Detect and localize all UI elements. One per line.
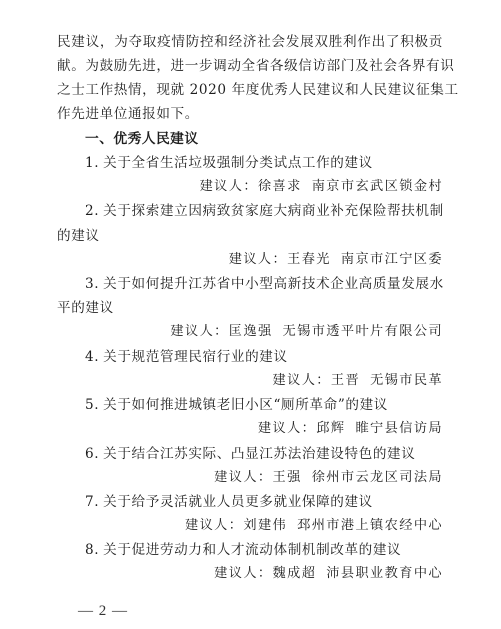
item-title-text: 关于全省生活垃圾强制分类试点工作的建议 bbox=[103, 155, 373, 171]
proposer-name: 邱辉 bbox=[316, 421, 345, 436]
item-title-text: 关于给予灵活就业人员更多就业保障的建议 bbox=[103, 494, 373, 510]
proposer-organization: 南京市江宁区委 bbox=[341, 252, 443, 267]
proposer-label: 建议人： bbox=[229, 252, 287, 267]
suggestion-item-3-title-cont: 平的建议 bbox=[57, 299, 443, 317]
suggestion-item-5-title: 5.关于如何推进城镇老旧小区“厕所革命”的建议 bbox=[85, 396, 388, 414]
item-number: 7. bbox=[85, 493, 99, 511]
proposer-name: 王晋 bbox=[331, 373, 360, 388]
document-page: 民建议，为夺取疫情防控和经济社会发展双胜利作出了积极贡 献。为鼓励先进，进一步调… bbox=[0, 0, 501, 629]
item-title-text: 关于结合江苏实际、凸显江苏法治建设特色的建议 bbox=[103, 446, 415, 462]
suggestion-item-6-title: 6.关于结合江苏实际、凸显江苏法治建设特色的建议 bbox=[85, 445, 415, 463]
intro-line-3: 之士工作热情，现就 2020 年度优秀人民建议和人民建议征集工 bbox=[57, 81, 443, 99]
suggestion-item-8-title: 8.关于促进劳动力和人才流动体制机制改革的建议 bbox=[85, 541, 401, 559]
proposer-organization: 睢宁县信访局 bbox=[355, 421, 443, 436]
proposer-organization: 无锡市透平叶片有限公司 bbox=[283, 324, 443, 339]
proposer-organization: 南京市玄武区锁金村 bbox=[312, 179, 443, 194]
item-title-text: 关于探索建立因病致贫家庭大病商业补充保险帮扶机制 bbox=[103, 203, 444, 219]
proposer-organization: 邳州市港上镇农经中心 bbox=[297, 518, 443, 533]
item-number: 4. bbox=[85, 348, 99, 366]
suggestion-item-1-proposer: 建议人：徐喜求南京市玄武区锁金村 bbox=[200, 178, 443, 196]
suggestion-item-2-title: 2.关于探索建立因病致贫家庭大病商业补充保险帮扶机制 bbox=[85, 202, 443, 220]
proposer-organization: 沛县职业教育中心 bbox=[326, 566, 443, 581]
item-number: 3. bbox=[85, 275, 99, 293]
proposer-name: 王强 bbox=[273, 470, 302, 485]
suggestion-item-7-proposer: 建议人：刘建伟邳州市港上镇农经中心 bbox=[185, 517, 443, 535]
intro-line-2: 献。为鼓励先进，进一步调动全省各级信访部门及社会各界有识 bbox=[57, 57, 443, 75]
intro-line-1: 民建议，为夺取疫情防控和经济社会发展双胜利作出了积极贡 bbox=[57, 33, 443, 51]
suggestion-item-2-proposer: 建议人：王春光南京市江宁区委 bbox=[229, 251, 443, 269]
suggestion-item-1-title: 1.关于全省生活垃圾强制分类试点工作的建议 bbox=[85, 154, 373, 172]
proposer-name: 匡逸强 bbox=[229, 324, 273, 339]
item-number: 8. bbox=[85, 541, 99, 559]
proposer-organization: 徐州市云龙区司法局 bbox=[312, 470, 443, 485]
page-number: — 2 — bbox=[78, 602, 128, 620]
proposer-label: 建议人： bbox=[258, 421, 316, 436]
proposer-name: 徐喜求 bbox=[258, 179, 302, 194]
item-number: 2. bbox=[85, 202, 99, 220]
item-title-text: 关于规范管理民宿行业的建议 bbox=[103, 349, 288, 365]
proposer-label: 建议人： bbox=[200, 179, 258, 194]
suggestion-item-4-proposer: 建议人：王晋无锡市民革 bbox=[273, 372, 443, 390]
proposer-name: 王春光 bbox=[287, 252, 331, 267]
proposer-label: 建议人： bbox=[214, 566, 272, 581]
proposer-organization: 无锡市民革 bbox=[370, 373, 443, 388]
suggestion-item-5-proposer: 建议人：邱辉睢宁县信访局 bbox=[258, 420, 443, 438]
proposer-name: 刘建伟 bbox=[243, 518, 287, 533]
item-number: 5. bbox=[85, 396, 99, 414]
suggestion-item-3-title: 3.关于如何提升江苏省中小型高新技术企业高质量发展水 bbox=[85, 275, 443, 293]
item-number: 6. bbox=[85, 445, 99, 463]
proposer-label: 建议人： bbox=[214, 470, 272, 485]
suggestion-item-6-proposer: 建议人：王强徐州市云龙区司法局 bbox=[214, 469, 443, 487]
suggestion-item-8-proposer: 建议人：魏成超沛县职业教育中心 bbox=[214, 565, 443, 583]
proposer-label: 建议人： bbox=[273, 373, 331, 388]
intro-line-4: 作先进单位通报如下。 bbox=[57, 105, 443, 123]
proposer-name: 魏成超 bbox=[273, 566, 317, 581]
suggestion-item-3-proposer: 建议人：匡逸强无锡市透平叶片有限公司 bbox=[170, 323, 443, 341]
item-title-text: 关于如何提升江苏省中小型高新技术企业高质量发展水 bbox=[103, 276, 444, 292]
suggestion-item-2-title-cont: 的建议 bbox=[57, 227, 443, 245]
section-heading: 一、优秀人民建议 bbox=[85, 130, 199, 148]
suggestion-item-4-title: 4.关于规范管理民宿行业的建议 bbox=[85, 348, 288, 366]
item-title-text: 关于如何推进城镇老旧小区“厕所革命”的建议 bbox=[103, 397, 388, 413]
item-number: 1. bbox=[85, 154, 99, 172]
proposer-label: 建议人： bbox=[170, 324, 228, 339]
suggestion-item-7-title: 7.关于给予灵活就业人员更多就业保障的建议 bbox=[85, 493, 373, 511]
item-title-text: 关于促进劳动力和人才流动体制机制改革的建议 bbox=[103, 542, 401, 558]
proposer-label: 建议人： bbox=[185, 518, 243, 533]
